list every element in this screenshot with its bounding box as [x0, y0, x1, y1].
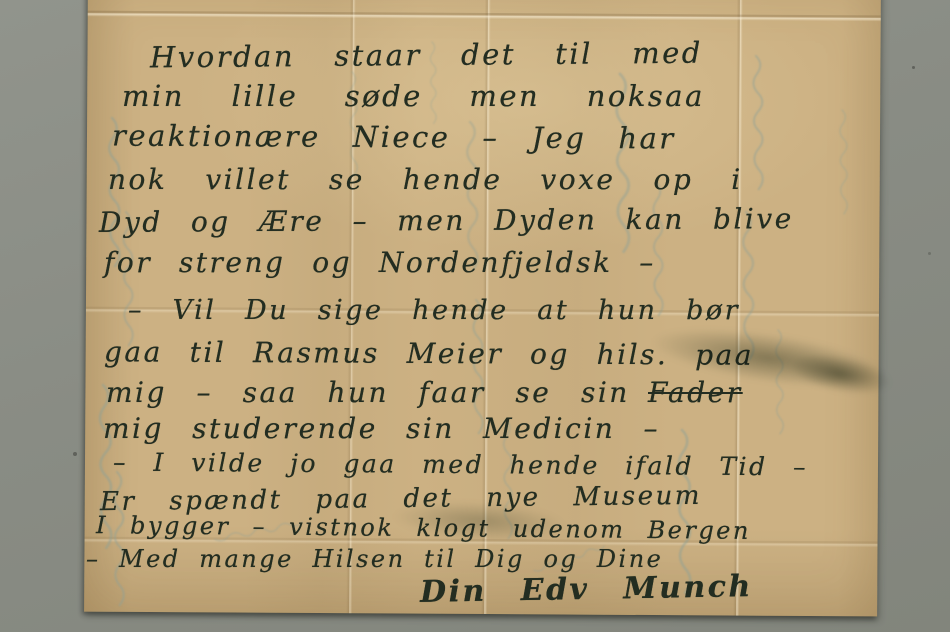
signature: Din Edv Munch: [420, 569, 753, 610]
letter-line: Dyd og Ære – men Dyden kan blive: [99, 202, 794, 239]
dust-speck: [928, 252, 931, 255]
letter-line: – Vil Du sige hende at hun bør: [128, 295, 740, 326]
struck-out-word: Fader: [648, 376, 743, 409]
letter-line: min lille søde men noksaa: [122, 79, 705, 113]
letter-line: – I vilde jo gaa med hende ifald Tid –: [113, 448, 808, 482]
letter-line: nok villet se hende voxe op i: [108, 163, 743, 196]
letter-line: Hvordan staar det til med: [150, 36, 703, 75]
letter-line: for streng og Nordenfjeldsk –: [104, 246, 656, 279]
dust-speck: [73, 452, 77, 456]
letter-line: reaktionære Niece – Jeg har: [112, 119, 676, 156]
letter-line: – Med mange Hilsen til Dig og Dine: [86, 545, 663, 573]
letter-line: mig studerende sin Medicin –: [103, 412, 660, 445]
dust-speck: [912, 66, 915, 69]
letter-photograph: Hvordan staar det til med min lille søde…: [0, 0, 950, 632]
letter-line-text: mig – saa hun faar se sin: [106, 376, 630, 409]
letter-line: mig – saa hun faar se sinFader: [106, 376, 743, 409]
